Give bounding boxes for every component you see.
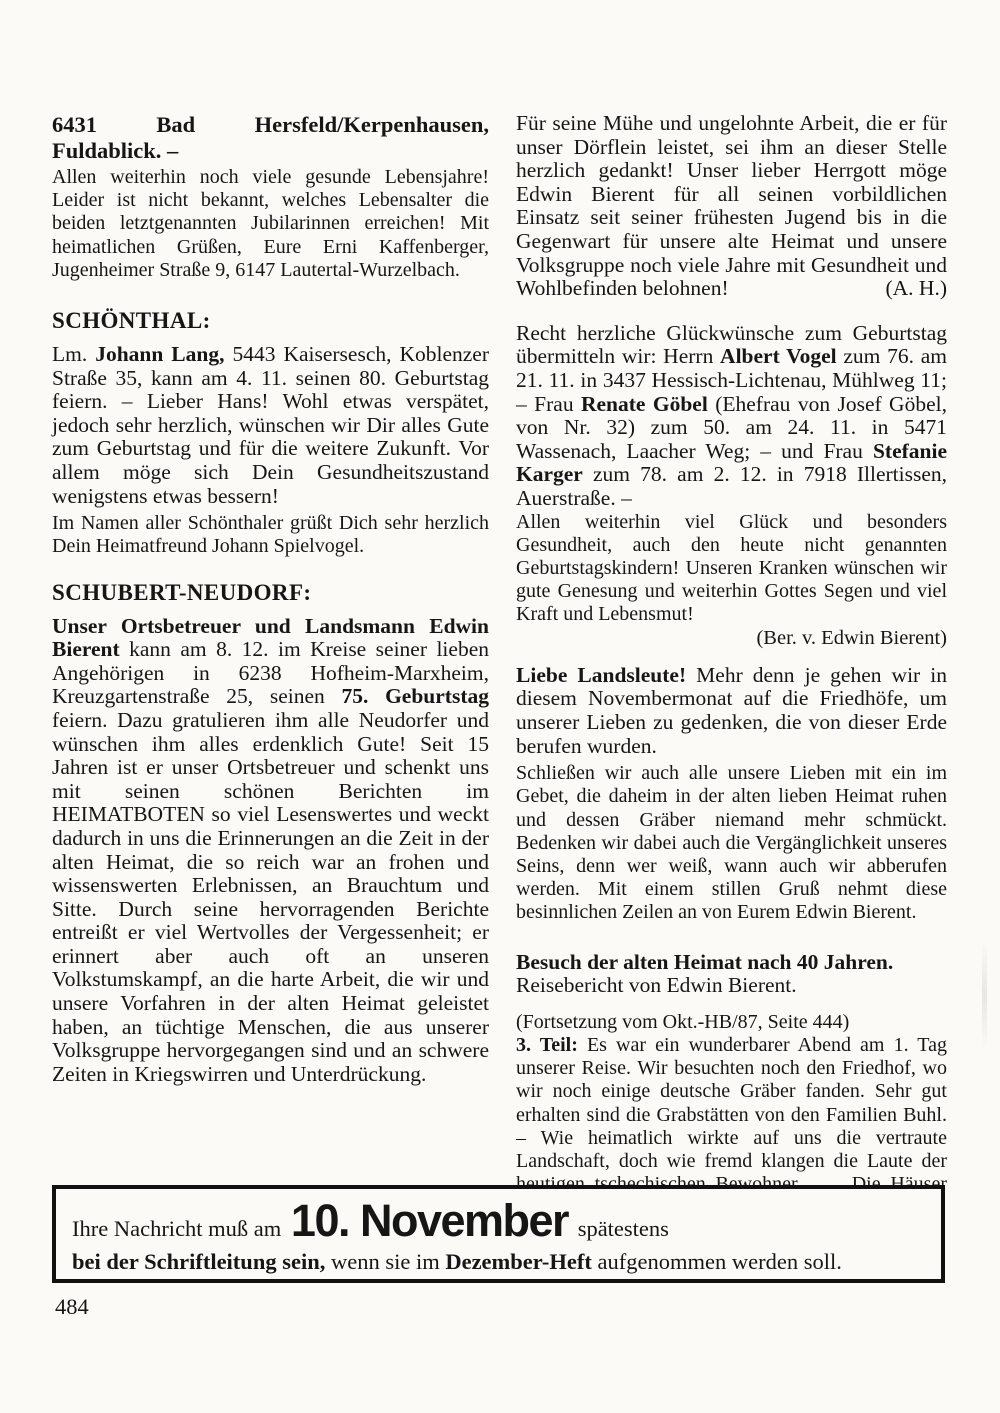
deadline-line2-bold1: bei der Schriftleitung sein, xyxy=(72,1249,325,1274)
schoenthal-lead-prefix: Lm. xyxy=(52,342,95,366)
schubert-neudorf-rest: feiern. Dazu gratulieren ihm alle Neudor… xyxy=(52,708,489,1086)
section-heading-schubert-neudorf: SCHUBERT-NEUDORF: xyxy=(52,580,489,606)
newsletter-page: 6431 Bad Hersfeld/Kerpenhausen, Fuldabli… xyxy=(0,0,1000,1413)
entry-hersfeld-note: Allen weiterhin noch viele gesunde Leben… xyxy=(52,166,489,282)
entry-hersfeld-title: 6431 Bad Hersfeld/Kerpenhausen, Fuldabli… xyxy=(52,112,489,163)
deadline-notice-box: Ihre Nachricht muß am 10. November späte… xyxy=(52,1185,945,1283)
thanks-text: Für seine Mühe und ungelohnte Arbeit, di… xyxy=(516,111,947,300)
birthday-75-geburtstag: 75. Geburtstag xyxy=(342,684,490,708)
landsleute-salutation: Liebe Landsleute! xyxy=(516,663,686,687)
report-heading: Besuch der alten Heimat nach 40 Jahren. xyxy=(516,951,947,975)
deadline-line2: bei der Schriftleitung sein, wenn sie im… xyxy=(72,1249,925,1275)
schoenthal-note: Im Namen aller Schönthaler grüßt Dich se… xyxy=(52,512,489,558)
report-part3-label: 3. Teil: xyxy=(516,1034,578,1056)
report-continuation-note: (Fortsetzung vom Okt.-HB/87, Seite 444) xyxy=(516,1011,947,1034)
schubert-neudorf-lead: Unser Ortsbetreuer und Landsmann Edwin B… xyxy=(52,615,489,1087)
schoenthal-lead: Lm. Johann Lang, 5443 Kaisersesch, Koble… xyxy=(52,343,489,508)
gebet-paragraph: Schließen wir auch alle unsere Lieben mi… xyxy=(516,762,947,924)
scan-artifact xyxy=(982,940,987,1050)
name-johann-lang: Johann Lang, xyxy=(95,342,224,366)
deadline-line1-prefix: Ihre Nachricht muß am xyxy=(72,1216,281,1241)
thanks-paragraph: Für seine Mühe und ungelohnte Arbeit, di… xyxy=(516,112,947,301)
thanks-signature: (A. H.) xyxy=(886,277,948,301)
deadline-line1: Ihre Nachricht muß am 10. November späte… xyxy=(72,1195,941,1247)
deadline-line2-mid: wenn sie im xyxy=(325,1249,445,1274)
deadline-line2-suffix: aufgenommen werden soll. xyxy=(592,1249,842,1274)
page-number: 484 xyxy=(55,1294,89,1320)
name-albert-vogel: Albert Vogel xyxy=(720,344,837,368)
deadline-date: 10. November xyxy=(287,1195,572,1246)
landsleute-paragraph: Liebe Landsleute! Mehr denn je gehen wir… xyxy=(516,664,947,758)
section-heading-schoenthal: SCHÖNTHAL: xyxy=(52,308,489,334)
wishes-paragraph: Allen weiterhin viel Glück und besonders… xyxy=(516,511,947,627)
right-column: Für seine Mühe und ungelohnte Arbeit, di… xyxy=(516,112,947,1220)
left-column: 6431 Bad Hersfeld/Kerpenhausen, Fuldabli… xyxy=(52,112,489,1086)
report-subheading: Reisebericht von Edwin Bierent. xyxy=(516,974,947,998)
birthdays-paragraph: Recht herzliche Glückwünsche zum Geburts… xyxy=(516,322,947,511)
deadline-line2-bold2: Dezember-Heft xyxy=(445,1249,592,1274)
name-renate-goebel: Renate Göbel xyxy=(581,392,708,416)
schoenthal-lead-rest: 5443 Kaisersesch, Koblenzer Straße 35, k… xyxy=(52,342,489,508)
wishes-signature: (Ber. v. Edwin Bierent) xyxy=(516,627,947,650)
deadline-line1-suffix: spätestens xyxy=(578,1216,669,1241)
